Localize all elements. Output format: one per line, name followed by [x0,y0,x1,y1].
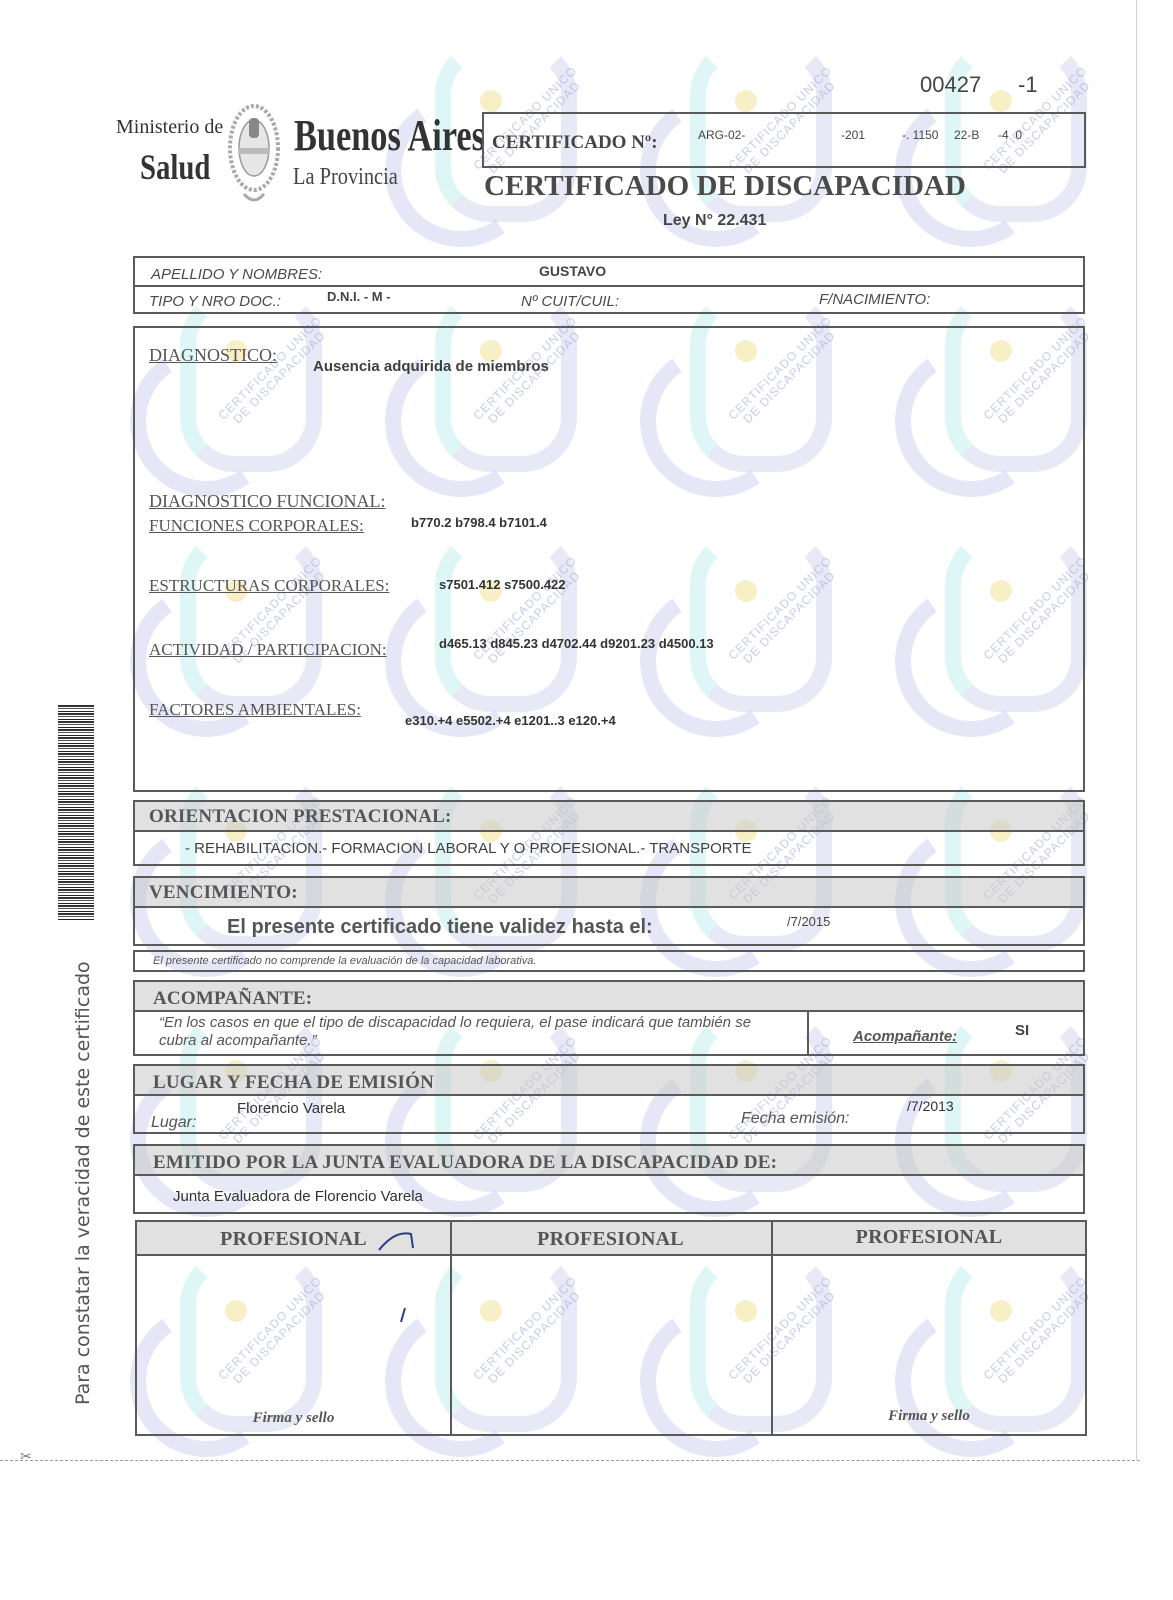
signature-stroke-icon [397,1306,409,1326]
fecha-value: /7/2013 [907,1098,954,1114]
doc-value: D.N.I. - M - [327,289,391,304]
emision-header: LUGAR Y FECHA DE EMISIÓN [153,1072,434,1094]
acompanante-value: SI [1015,1022,1029,1039]
birth-label: F/NACIMIENTO: [819,291,930,308]
certificate-number-part: -201 [841,128,865,142]
verify-text: Para constatar la veracidad de este cert… [72,961,94,1405]
fecha-label: Fecha emisión: [741,1110,850,1128]
province-title: Buenos Aires [294,110,485,161]
diagnostico-label: DIAGNOSTICO: [149,345,277,366]
factores-value: e310.+4 e5502.+4 e1201..3 e120.+4 [405,713,616,728]
orientacion-value: - REHABILITACION.- FORMACION LABORAL Y O… [185,840,752,857]
orientacion-box: ORIENTACION PRESTACIONAL: - REHABILITACI… [133,800,1085,866]
vencimiento-header: VENCIMIENTO: [149,882,298,904]
junta-value: Junta Evaluadora de Florencio Varela [173,1188,423,1205]
funciones-value: b770.2 b798.4 b7101.4 [411,515,547,530]
vencimiento-note-box: El presente certificado no comprende la … [133,950,1085,972]
acompanante-quote: “En los casos en que el tipo de discapac… [159,1014,779,1050]
signature-stroke-icon [377,1228,417,1252]
signatures-box: PROFESIONAL Firma y sello PROFESIONAL PR… [135,1220,1087,1436]
vencimiento-note: El presente certificado no comprende la … [153,955,536,967]
estructuras-value: s7501.412 s7500.422 [439,577,566,592]
ministry-line2: Salud [140,146,210,188]
certificate-number-part: 22-B [954,128,979,142]
orientacion-header: ORIENTACION PRESTACIONAL: [149,806,452,828]
lugar-label: Lugar: [151,1114,196,1132]
emision-box: LUGAR Y FECHA DE EMISIÓN Lugar: Florenci… [133,1064,1085,1134]
certificate-number-part: ARG-02- [698,128,745,142]
doc-label: TIPO Y NRO DOC.: [149,293,281,310]
acompanante-box: ACOMPAÑANTE: “En los casos en que el tip… [133,980,1085,1056]
certificate-number-part: -. 1150 [902,128,938,142]
profesional-header: PROFESIONAL [450,1228,771,1251]
junta-box: EMITIDO POR LA JUNTA EVALUADORA DE LA DI… [133,1144,1085,1214]
vencimiento-box: VENCIMIENTO: El presente certificado tie… [133,876,1085,946]
page-edge [1136,0,1137,1460]
actividad-value: d465.13 d845.23 d4702.44 d9201.23 d4500.… [439,636,714,651]
serial-number: 00427 [920,72,981,98]
signature-slot-1: PROFESIONAL Firma y sello [137,1222,450,1436]
certificate-number-label: CERTIFICADO Nº: [492,132,658,154]
estructuras-label: ESTRUCTURAS CORPORALES: [149,576,389,596]
signature-slot-2: PROFESIONAL [450,1222,771,1436]
firma-y-sello-label: Firma y sello [771,1408,1087,1425]
funciones-label: FUNCIONES CORPORALES: [149,516,364,536]
diagnosis-box: DIAGNOSTICO: Ausencia adquirida de miemb… [133,326,1085,792]
province-subtitle: La Provincia [293,164,398,191]
cuit-label: Nº CUIT/CUIL: [521,293,619,310]
law-reference: Ley N° 22.431 [663,212,766,230]
factores-label: FACTORES AMBIENTALES: [149,700,361,720]
vencimiento-text: El presente certificado tiene validez ha… [227,916,653,939]
ministry-line1: Ministerio de [116,116,223,139]
firma-y-sello-label: Firma y sello [137,1410,450,1427]
coat-of-arms-icon [226,96,282,208]
certificate-number-box: CERTIFICADO Nº: ARG-02- -201 -. 1150 22-… [482,112,1086,168]
junta-header: EMITIDO POR LA JUNTA EVALUADORA DE LA DI… [153,1152,777,1174]
name-value: GUSTAVO [539,263,606,279]
signature-slot-3: PROFESIONAL Firma y sello [771,1222,1087,1436]
certificate-number-part: -4 0 [998,128,1022,142]
lugar-value: Florencio Varela [237,1100,345,1117]
name-label: APELLIDO Y NOMBRES: [151,266,322,283]
actividad-label: ACTIVIDAD / PARTICIPACION: [149,640,387,660]
barcode[interactable] [58,705,94,920]
diagnostico-value: Ausencia adquirida de miembros [313,358,549,375]
acompanante-label: Acompañante: [853,1028,957,1045]
vencimiento-date: /7/2015 [787,914,830,929]
document-title: CERTIFICADO DE DISCAPACIDAD [484,170,966,203]
cut-line [0,1460,1140,1461]
serial-suffix: -1 [1018,72,1038,98]
scissors-icon: ✂ [20,1448,32,1465]
diagnostico-funcional-label: DIAGNOSTICO FUNCIONAL: [149,491,386,512]
acompanante-header: ACOMPAÑANTE: [153,988,312,1010]
personal-data-box: APELLIDO Y NOMBRES: GUSTAVO TIPO Y NRO D… [133,256,1085,314]
profesional-header: PROFESIONAL [771,1226,1087,1249]
